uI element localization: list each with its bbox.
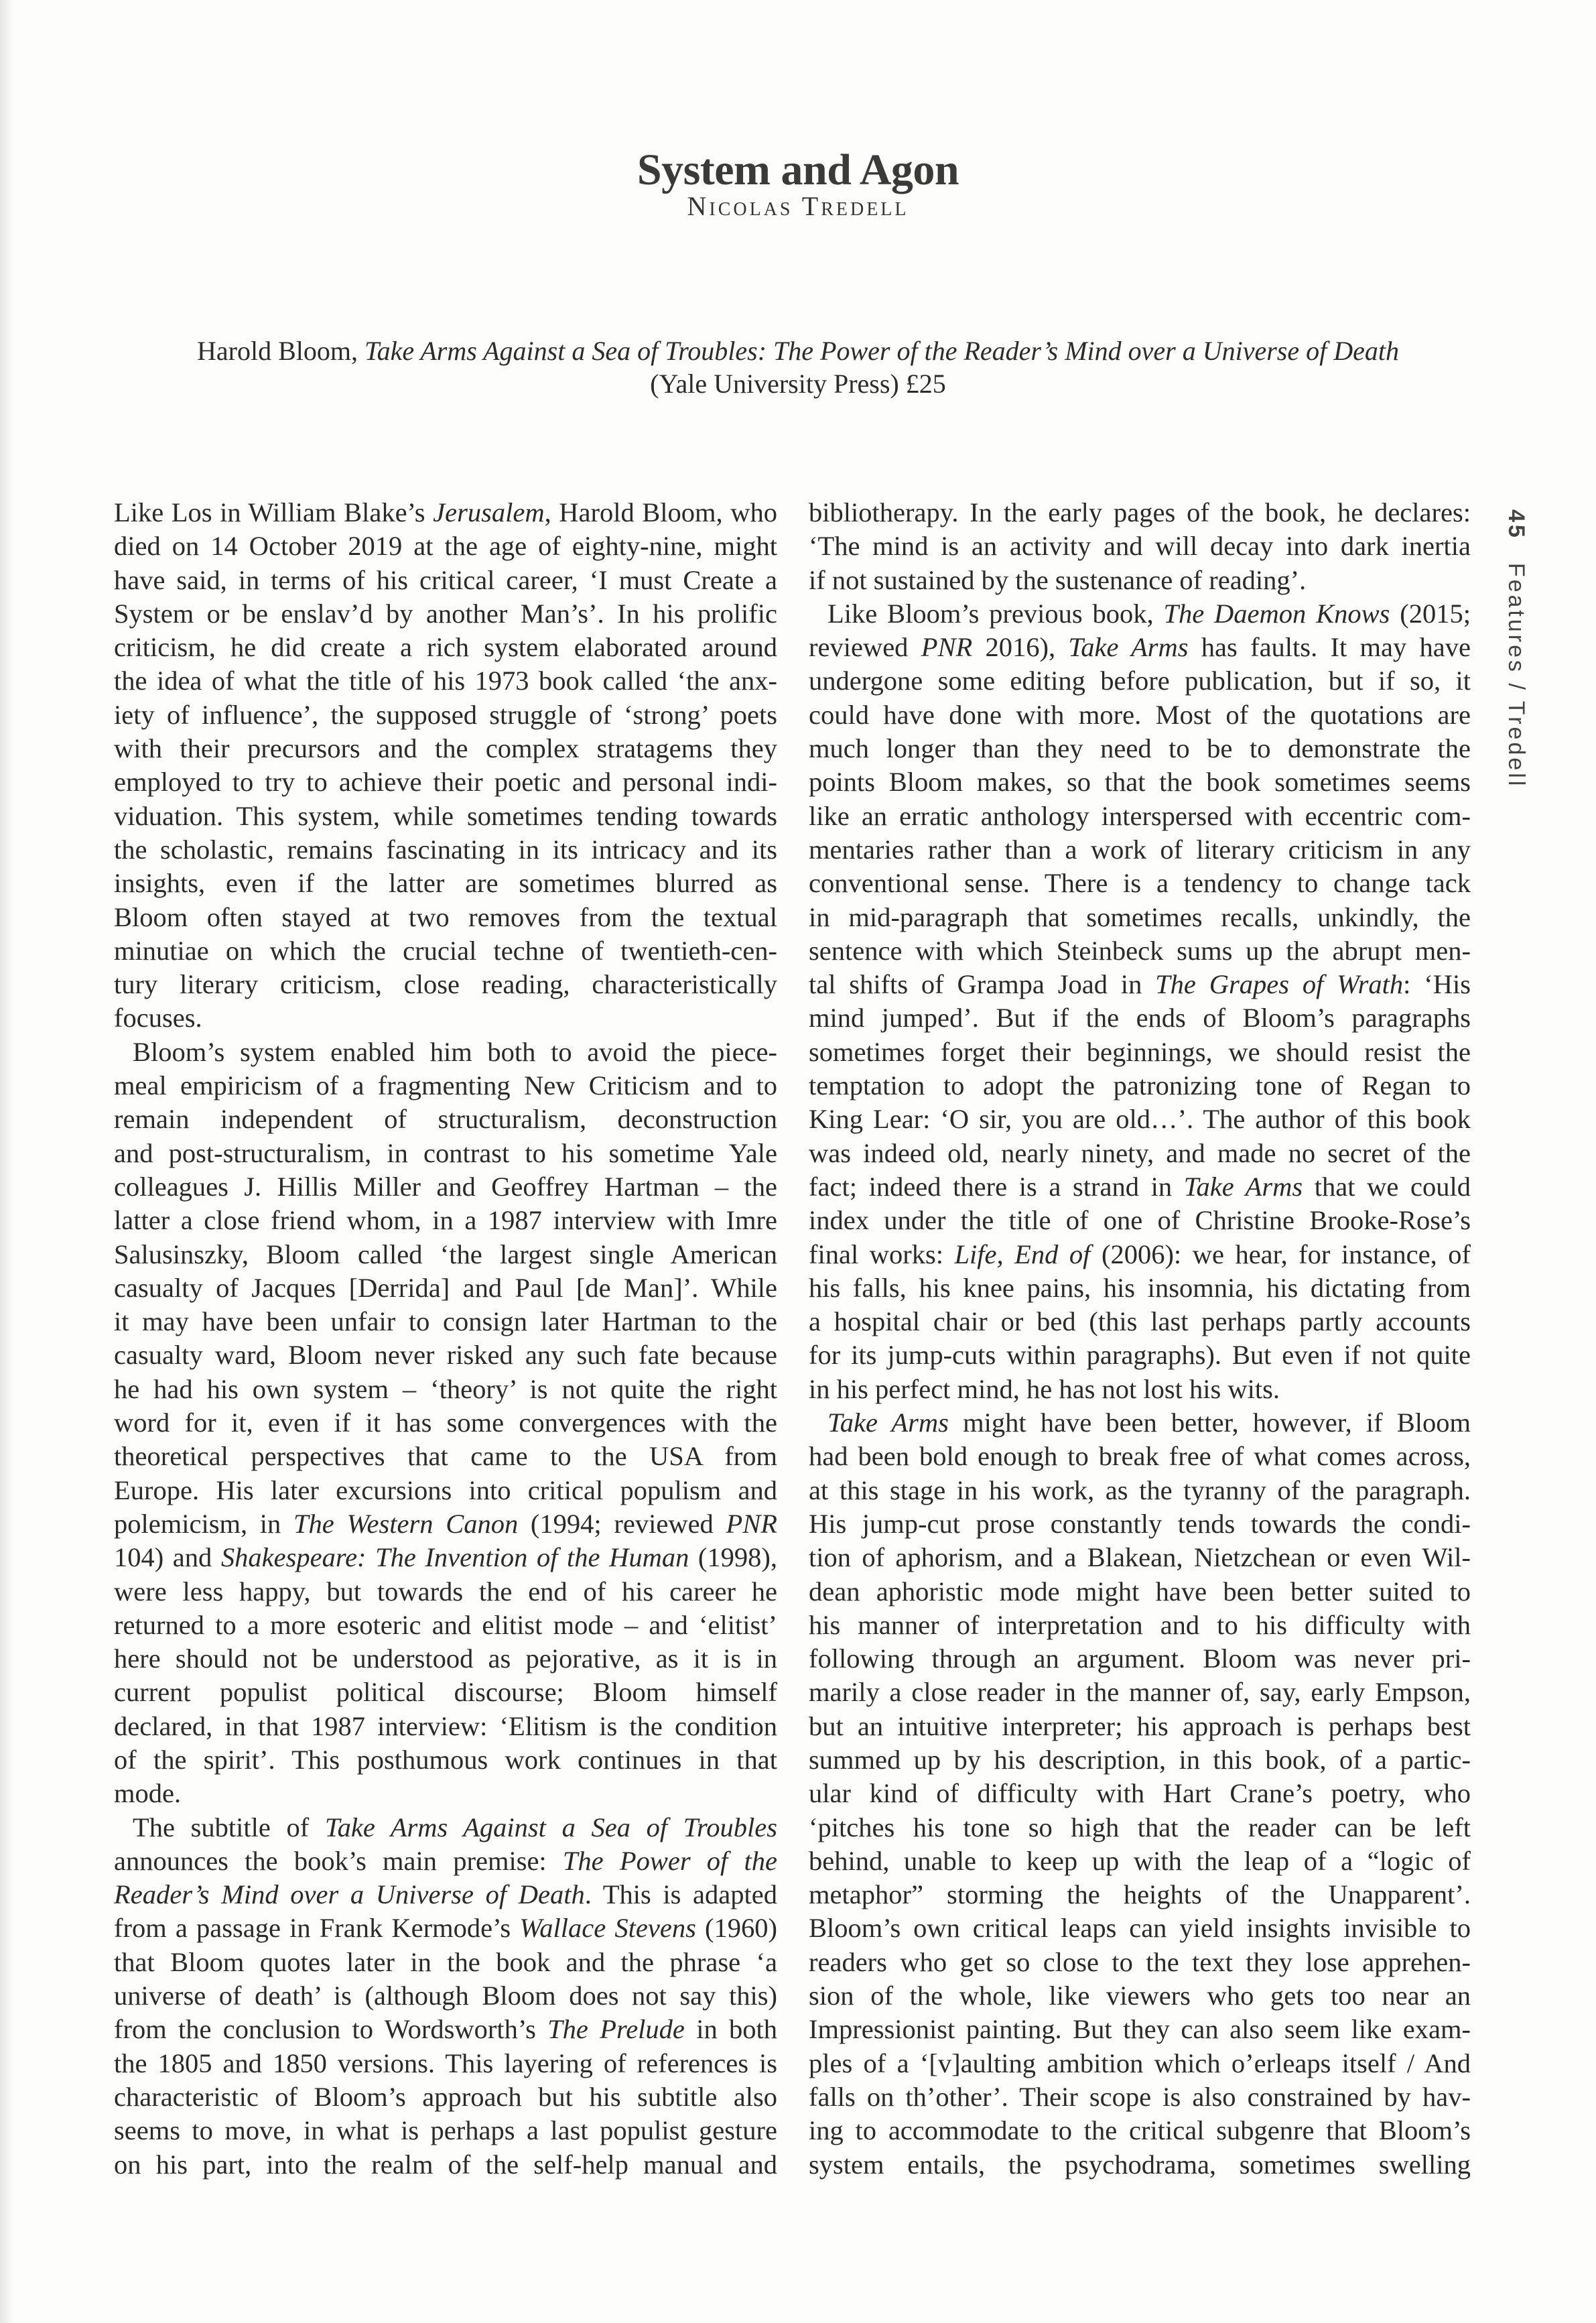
- text-line: dean aphoristic mode might have been bet…: [809, 1575, 1471, 1609]
- text-line: theoretical perspectives that came to th…: [114, 1440, 777, 1473]
- text-line: declared, in that 1987 interview: ‘Eliti…: [114, 1710, 777, 1743]
- italic-title: Take Arms: [1068, 632, 1188, 662]
- text-line: in his perfect mind, he has not lost his…: [809, 1373, 1471, 1406]
- text-line: current populist political discourse; Bl…: [114, 1676, 777, 1709]
- italic-title: Take Arms: [827, 1407, 949, 1438]
- text-line: announces the book’s main premise: The P…: [114, 1844, 777, 1878]
- text-line: tal shifts of Grampa Joad in The Grapes …: [809, 968, 1471, 1001]
- text-line: could have done with more. Most of the q…: [809, 698, 1471, 732]
- text-line: minutiae on which the crucial techne of …: [114, 934, 777, 968]
- italic-title: Life, End of: [955, 1239, 1091, 1269]
- italic-title: PNR: [726, 1509, 778, 1539]
- text-line: final works: Life, End of (2006): we hea…: [809, 1238, 1471, 1271]
- italic-title: Jerusalem: [433, 497, 544, 527]
- text-line: and post-structuralism, in contrast to h…: [114, 1137, 777, 1170]
- text-line: casualty of Jacques [Derrida] and Paul […: [114, 1271, 777, 1305]
- text-line: iety of influence’, the supposed struggl…: [114, 698, 777, 732]
- text-line: insights, even if the latter are sometim…: [114, 867, 777, 900]
- text-line: on his part, into the realm of the self-…: [114, 2148, 777, 2182]
- text-line: a hospital chair or bed (this last perha…: [809, 1305, 1471, 1338]
- text-line: like an erratic anthology interspersed w…: [809, 800, 1471, 833]
- left-text-column: Like Los in William Blake’s Jerusalem, H…: [114, 496, 777, 2182]
- text-line: latter a close friend whom, in a 1987 in…: [114, 1204, 777, 1237]
- text-line: Bloom’s system enabled him both to avoid…: [114, 1035, 777, 1069]
- text-line: mind jumped’. But if the ends of Bloom’s…: [809, 1001, 1471, 1035]
- text-line: points Bloom makes, so that the book som…: [809, 765, 1471, 799]
- text-line: Salusinszky, Bloom called ‘the largest s…: [114, 1238, 777, 1271]
- text-line: returned to a more esoteric and elitist …: [114, 1609, 777, 1642]
- text-line: Like Los in William Blake’s Jerusalem, H…: [114, 496, 777, 529]
- text-line: undergone some editing before publicatio…: [809, 664, 1471, 698]
- text-line: index under the title of one of Christin…: [809, 1204, 1471, 1237]
- reviewed-book-line: Harold Bloom, Take Arms Against a Sea of…: [0, 334, 1596, 369]
- text-line: ples of a ‘[v]aulting ambition which o’e…: [809, 2047, 1471, 2080]
- text-line: mode.: [114, 1777, 777, 1810]
- text-line: casualty ward, Bloom never risked any su…: [114, 1338, 777, 1372]
- text-line: that Bloom quotes later in the book and …: [114, 1946, 777, 1979]
- text-line: from the conclusion to Wordsworth’s The …: [114, 2013, 777, 2046]
- text-line: King Lear: ‘O sir, you are old…’. The au…: [809, 1103, 1471, 1136]
- text-line: word for it, even if it has some converg…: [114, 1406, 777, 1440]
- text-line: viduation. This system, while sometimes …: [114, 800, 777, 833]
- text-line: employed to try to achieve their poetic …: [114, 765, 777, 799]
- text-line: had been bold enough to break free of wh…: [809, 1440, 1471, 1473]
- italic-title: Take Arms: [1184, 1172, 1303, 1202]
- reviewed-book-title: Take Arms Against a Sea of Troubles: The…: [364, 336, 1399, 366]
- text-line: Bloom’s own critical leaps can yield ins…: [809, 1911, 1471, 1945]
- text-line: reviewed PNR 2016), Take Arms has faults…: [809, 631, 1471, 664]
- text-line: at this stage in his work, as the tyrann…: [809, 1474, 1471, 1507]
- text-line: sometimes forget their beginnings, we sh…: [809, 1035, 1471, 1069]
- text-line: Take Arms might have been better, howeve…: [809, 1406, 1471, 1440]
- text-line: Reader’s Mind over a Universe of Death. …: [114, 1878, 777, 1911]
- running-head: 45Features / Tredell: [1503, 509, 1530, 788]
- text-line: meal empiricism of a fragmenting New Cri…: [114, 1069, 777, 1103]
- text-line: focuses.: [114, 1001, 777, 1035]
- italic-title: The Grapes of Wrath: [1155, 969, 1403, 999]
- text-line: Bloom often stayed at two removes from t…: [114, 901, 777, 934]
- text-line: here should not be understood as pejorat…: [114, 1642, 777, 1676]
- text-line: bibliotherapy. In the early pages of the…: [809, 496, 1471, 529]
- text-line: ular kind of difficulty with Hart Crane’…: [809, 1777, 1471, 1810]
- text-line: The subtitle of Take Arms Against a Sea …: [114, 1811, 777, 1844]
- text-line: the 1805 and 1850 versions. This layerin…: [114, 2047, 777, 2080]
- text-line: it may have been unfair to consign later…: [114, 1305, 777, 1338]
- italic-title: Reader’s Mind over a Universe of Death: [114, 1879, 585, 1909]
- text-line: the idea of what the title of his 1973 b…: [114, 664, 777, 698]
- article-author: Nicolas Tredell: [0, 190, 1596, 223]
- right-text-column: bibliotherapy. In the early pages of the…: [809, 496, 1471, 2182]
- text-line: Europe. His later excursions into critic…: [114, 1474, 777, 1507]
- text-line: conventional sense. There is a tendency …: [809, 867, 1471, 900]
- text-line: 104) and Shakespeare: The Invention of t…: [114, 1541, 777, 1574]
- text-line: ‘pitches his tone so high that the reade…: [809, 1811, 1471, 1844]
- text-line: ‘The mind is an activity and will decay …: [809, 529, 1471, 563]
- page-number: 45: [1504, 509, 1529, 540]
- italic-title: PNR: [921, 632, 973, 662]
- italic-title: Shakespeare: The Invention of the Human: [221, 1542, 689, 1572]
- text-line: have said, in terms of his critical care…: [114, 564, 777, 597]
- italic-title: The Daemon Knows: [1163, 599, 1390, 629]
- text-line: tury literary criticism, close reading, …: [114, 968, 777, 1001]
- reviewed-book-publisher: (Yale University Press) £25: [0, 367, 1596, 401]
- text-line: summed up by his description, in this bo…: [809, 1743, 1471, 1777]
- text-line: of the spirit’. This posthumous work con…: [114, 1743, 777, 1777]
- text-line: His jump-cut prose constantly tends towa…: [809, 1507, 1471, 1541]
- text-line: colleagues J. Hillis Miller and Geoffrey…: [114, 1170, 777, 1204]
- text-line: readers who get so close to the text the…: [809, 1946, 1471, 1979]
- text-line: mentaries rather than a work of literary…: [809, 833, 1471, 867]
- text-line: his manner of interpretation and to his …: [809, 1609, 1471, 1642]
- text-line: he had his own system – ‘theory’ is not …: [114, 1373, 777, 1406]
- text-line: ing to accommodate to the critical subge…: [809, 2114, 1471, 2147]
- text-line: was indeed old, nearly ninety, and made …: [809, 1137, 1471, 1170]
- text-line: remain independent of structuralism, dec…: [114, 1103, 777, 1136]
- text-line: universe of death’ is (although Bloom do…: [114, 1979, 777, 2013]
- text-line: for its jump-cuts within paragraphs). Bu…: [809, 1338, 1471, 1372]
- text-line: much longer than they need to be to demo…: [809, 732, 1471, 765]
- italic-title: The Prelude: [547, 2014, 685, 2044]
- text-line: the scholastic, remains fascinating in i…: [114, 833, 777, 867]
- text-line: sentence with which Steinbeck sums up th…: [809, 934, 1471, 968]
- text-line: in mid-paragraph that sometimes recalls,…: [809, 901, 1471, 934]
- text-line: his falls, his knee pains, his insomnia,…: [809, 1271, 1471, 1305]
- text-line: from a passage in Frank Kermode’s Wallac…: [114, 1911, 777, 1945]
- text-line: sion of the whole, like viewers who gets…: [809, 1979, 1471, 2013]
- italic-title: The Western Canon: [293, 1509, 518, 1539]
- text-line: behind, unable to keep up with the leap …: [809, 1844, 1471, 1878]
- text-line: tion of aphorism, and a Blakean, Nietzch…: [809, 1541, 1471, 1574]
- text-line: Impressionist painting. But they can als…: [809, 2013, 1471, 2046]
- text-line: System or be enslav’d by another Man’s’.…: [114, 597, 777, 631]
- text-line: following through an argument. Bloom was…: [809, 1642, 1471, 1676]
- text-line: Like Bloom’s previous book, The Daemon K…: [809, 597, 1471, 631]
- text-line: were less happy, but towards the end of …: [114, 1575, 777, 1609]
- section-label: Features / Tredell: [1504, 563, 1529, 789]
- text-line: temptation to adopt the patronizing tone…: [809, 1069, 1471, 1103]
- text-line: with their precursors and the complex st…: [114, 732, 777, 765]
- italic-title: The Power of the: [563, 1846, 777, 1876]
- text-line: polemicism, in The Western Canon (1994; …: [114, 1507, 777, 1541]
- text-line: falls on th’other’. Their scope is also …: [809, 2080, 1471, 2114]
- reviewed-book-author: Harold Bloom,: [197, 336, 364, 366]
- text-line: died on 14 October 2019 at the age of ei…: [114, 529, 777, 563]
- text-line: if not sustained by the sustenance of re…: [809, 564, 1471, 597]
- text-line: fact; indeed there is a strand in Take A…: [809, 1170, 1471, 1204]
- text-line: metaphor” storming the heights of the Un…: [809, 1878, 1471, 1911]
- italic-title: Take Arms Against a Sea of Troubles: [325, 1812, 777, 1842]
- text-line: criticism, he did create a rich system e…: [114, 631, 777, 664]
- text-line: system entails, the psychodrama, sometim…: [809, 2148, 1471, 2182]
- text-line: seems to move, in what is perhaps a last…: [114, 2114, 777, 2147]
- italic-title: Wallace Stevens: [519, 1913, 696, 1943]
- text-line: characteristic of Bloom’s approach but h…: [114, 2080, 777, 2114]
- text-line: marily a close reader in the manner of, …: [809, 1676, 1471, 1709]
- text-line: but an intuitive interpreter; his approa…: [809, 1710, 1471, 1743]
